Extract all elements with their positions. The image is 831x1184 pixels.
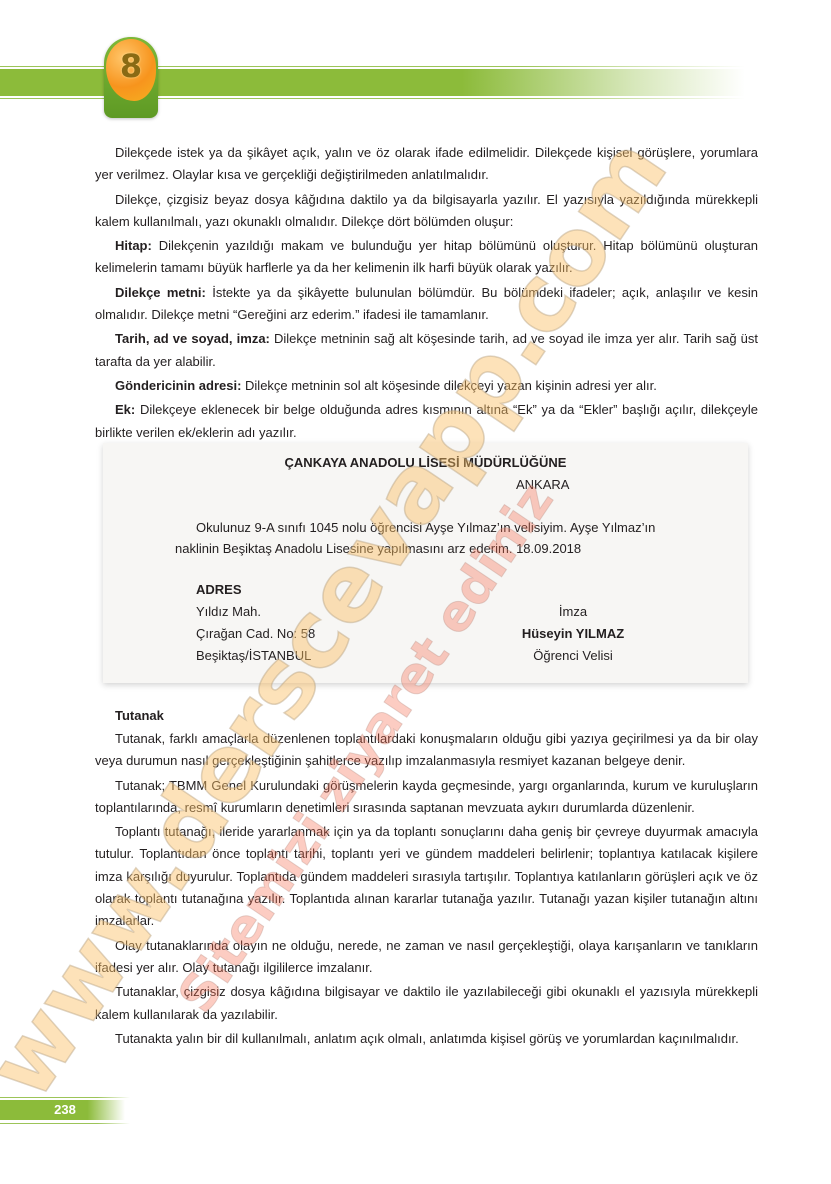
footer-rule-top (0, 1097, 130, 1098)
tutanak-paragraph: Tutanak; TBMM Genel Kurulundaki görüşmel… (95, 775, 758, 820)
part-paragraph: Ek: Dilekçeye eklenecek bir belge olduğu… (95, 399, 758, 444)
signer-role: Öğrenci Velisi (503, 648, 643, 663)
address-line: Beşiktaş/İSTANBUL (196, 648, 311, 663)
section-heading: Tutanak (95, 706, 758, 726)
signer-name: Hüseyin YILMAZ (503, 626, 643, 641)
address-line: Yıldız Mah. (196, 604, 261, 619)
chapter-number: 8 (104, 47, 158, 85)
part-paragraph: Hitap: Dilekçenin yazıldığı makam ve bul… (95, 235, 758, 280)
address-line: Çırağan Cad. No: 58 (196, 626, 315, 641)
tutanak-section: Tutanak Tutanak, farklı amaçlarla düzenl… (95, 706, 758, 1050)
tutanak-paragraph: Tutanaklar, çizgisiz dosya kâğıdına bilg… (95, 981, 758, 1026)
part-term: Göndericinin adresi: (115, 378, 241, 393)
part-paragraph: Dilekçe metni: İstekte ya da şikâyette b… (95, 282, 758, 327)
intro-paragraph: Dilekçede istek ya da şikâyet açık, yalı… (95, 142, 758, 187)
page-number: 238 (50, 1101, 80, 1119)
part-term: Tarih, ad ve soyad, imza: (115, 331, 270, 346)
part-term: Dilekçe metni: (115, 285, 206, 300)
part-text: Dilekçenin yazıldığı makam ve bulunduğu … (95, 238, 758, 275)
petition-body-line: Okulunuz 9-A sınıfı 1045 nolu öğrencisi … (196, 520, 655, 535)
address-heading: ADRES (196, 582, 242, 597)
petition-example: ÇANKAYA ANADOLU LİSESİ MÜDÜRLÜĞÜNE ANKAR… (103, 443, 748, 683)
footer-rule-bottom (0, 1123, 130, 1124)
part-text: Dilekçeye eklenecek bir belge olduğunda … (95, 402, 758, 439)
tutanak-paragraph: Toplantı tutanağı, ileride yararlanmak i… (95, 821, 758, 932)
part-paragraph: Göndericinin adresi: Dilekçe metninin so… (95, 375, 758, 397)
petition-city: ANKARA (516, 477, 569, 492)
intro-paragraph: Dilekçe, çizgisiz beyaz dosya kâğıdına d… (95, 189, 758, 234)
petition-explanation: Dilekçede istek ya da şikâyet açık, yalı… (95, 142, 758, 444)
petition-addressee: ÇANKAYA ANADOLU LİSESİ MÜDÜRLÜĞÜNE (103, 455, 748, 470)
signature-label: İmza (533, 604, 613, 619)
tutanak-paragraph: Tutanakta yalın bir dil kullanılmalı, an… (95, 1028, 758, 1050)
tutanak-paragraph: Olay tutanaklarında olayın ne olduğu, ne… (95, 935, 758, 980)
chapter-badge: 8 (104, 37, 158, 118)
petition-body-line: naklinin Beşiktaş Anadolu Lisesine yapıl… (175, 541, 581, 556)
part-term: Ek: (115, 402, 135, 417)
part-text: Dilekçe metninin sol alt köşesinde dilek… (241, 378, 656, 393)
part-term: Hitap: (115, 238, 152, 253)
tutanak-paragraph: Tutanak, farklı amaçlarla düzenlenen top… (95, 728, 758, 773)
part-paragraph: Tarih, ad ve soyad, imza: Dilekçe metnin… (95, 328, 758, 373)
